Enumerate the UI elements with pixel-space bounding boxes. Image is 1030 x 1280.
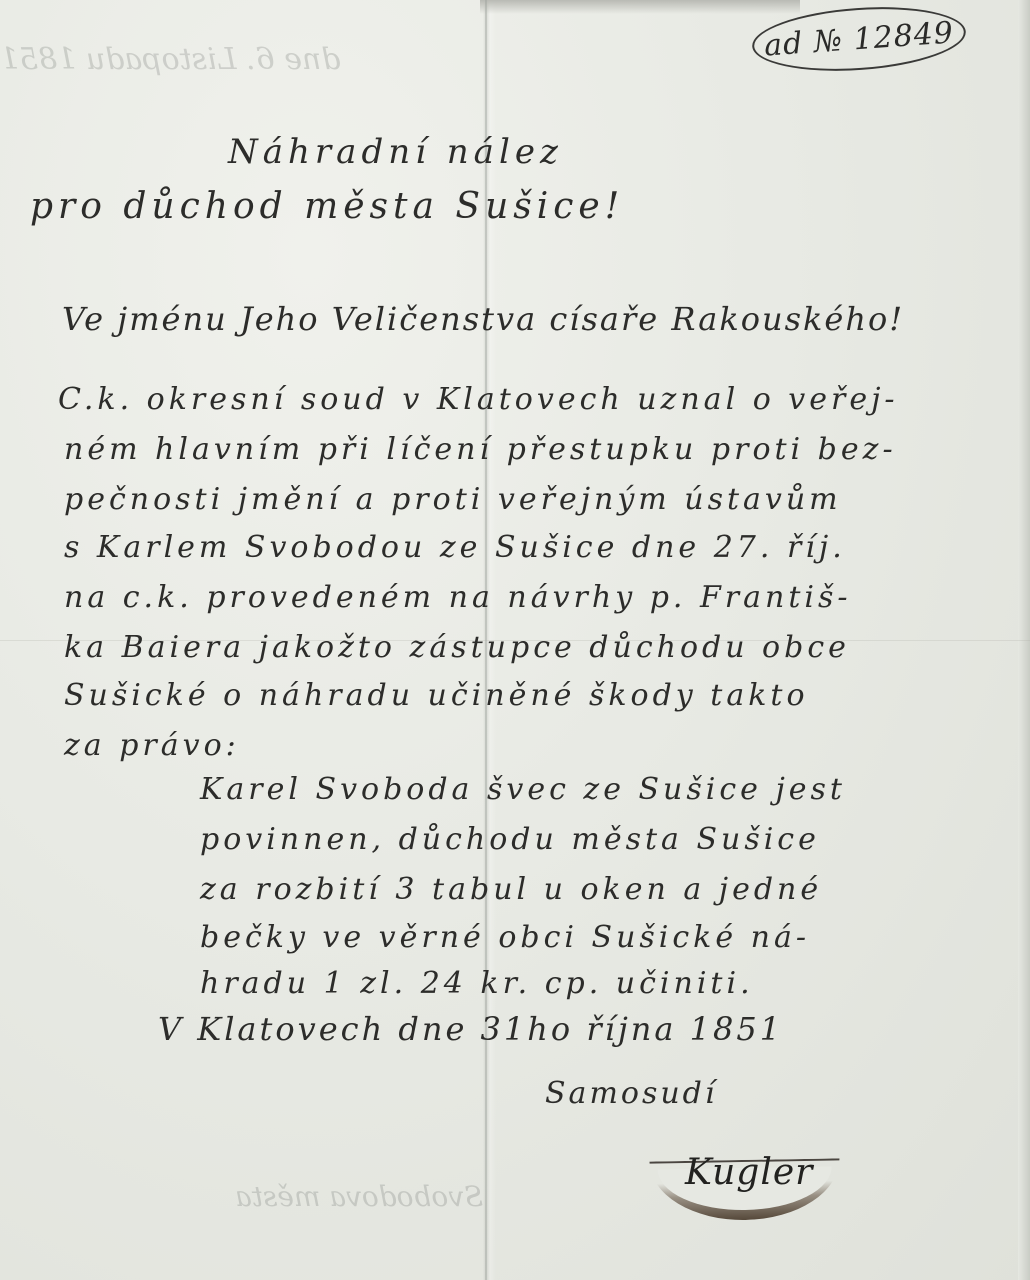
body-line-3: pečnosti jmění a proti veřejným ústavům: [64, 482, 842, 517]
page-top-shadow: [480, 0, 800, 14]
bleed-through-bottom-text: Svobodova města: [235, 1180, 483, 1213]
heading-line-2: pro důchod města Sušice!: [30, 186, 624, 227]
body-line-8: za právo:: [64, 728, 240, 763]
verdict-line-3: za rozbití 3 tabul u oken a jedné: [200, 872, 822, 907]
body-line-5: na c.k. provedeném na návrhy p. Františ-: [64, 580, 852, 615]
bleed-through-top-text: dne 6. Listopadu 1851: [0, 42, 341, 77]
invocation: Ve jménu Jeho Veličenstva císaře Rakousk…: [62, 300, 904, 338]
reference-number: ad № 12849: [763, 15, 955, 63]
body-line-4: s Karlem Svobodou ze Sušice dne 27. říj.: [64, 530, 846, 565]
body-line-7: Sušické o náhradu učiněné škody takto: [64, 678, 809, 713]
place-date: V Klatovech dne 31ho října 1851: [158, 1010, 783, 1048]
verdict-line-4: bečky ve věrné obci Sušické ná-: [200, 920, 810, 955]
verdict-line-5: hradu 1 zl. 24 kr. cp. učiniti.: [200, 966, 754, 1001]
body-line-2: ném hlavním při líčení přestupku proti b…: [64, 432, 897, 467]
court-title: Samosudí: [545, 1076, 717, 1111]
verdict-line-1: Karel Svoboda švec ze Sušice jest: [200, 772, 846, 807]
heading-line-1: Náhradní nález: [228, 132, 563, 172]
signature: Kugler: [685, 1152, 813, 1193]
verdict-line-2: povinnen, důchodu města Sušice: [200, 822, 820, 857]
body-line-6: ka Baiera jakožto zástupce důchodu obce: [64, 630, 850, 665]
body-line-1: C.k. okresní soud v Klatovech uznal o ve…: [58, 382, 899, 417]
